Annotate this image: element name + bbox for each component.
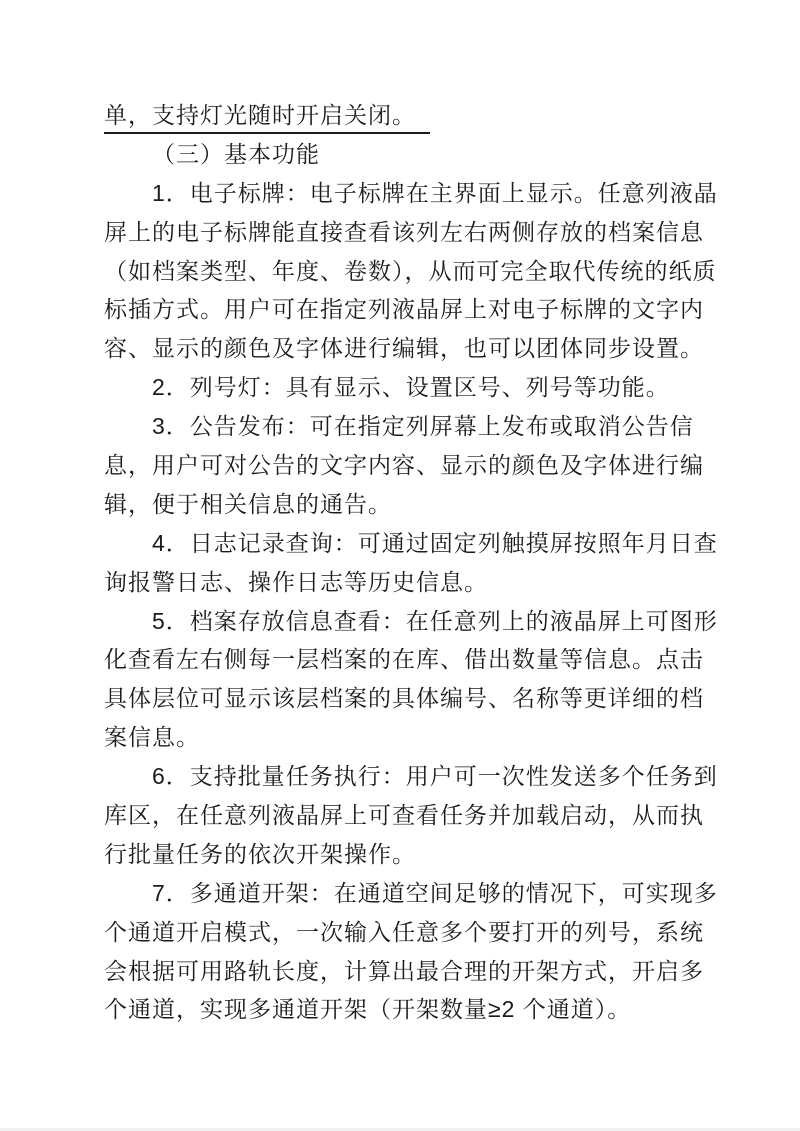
document-page: 单，支持灯光随时开启关闭。 （三）基本功能 1．电子标牌：电子标牌在主界面上显示… xyxy=(0,0,800,1131)
text-line-content: 屏上的电子标牌能直接查看该列左右两侧存放的档案信息 xyxy=(104,219,704,245)
text-line-content: 具体层位可显示该层档案的具体编号、名称等更详细的档 xyxy=(104,685,704,711)
text-line: 2．列号灯：具有显示、设置区号、列号等功能。 xyxy=(104,368,714,407)
text-line: 化查看左右侧每一层档案的在库、借出数量等信息。点击 xyxy=(104,640,714,679)
text-line: 7．多通道开架：在通道空间足够的情况下，可实现多 xyxy=(104,874,714,913)
text-line: 息，用户可对公告的文字内容、显示的颜色及字体进行编 xyxy=(104,446,714,485)
text-line-content: 标插方式。用户可在指定列液晶屏上对电子标牌的文字内 xyxy=(104,296,704,322)
text-line-content: 5．档案存放信息查看：在任意列上的液晶屏上可图形 xyxy=(152,608,718,634)
text-line-content: 会根据可用路轨长度，计算出最合理的开架方式，开启多 xyxy=(104,958,704,984)
text-line: 辑，便于相关信息的通告。 xyxy=(104,485,714,524)
text-line: 会根据可用路轨长度，计算出最合理的开架方式，开启多 xyxy=(104,952,714,991)
text-line: 4．日志记录查询：可通过固定列触摸屏按照年月日查 xyxy=(104,524,714,563)
text-line-content: 容、显示的颜色及字体进行编辑，也可以团体同步设置。 xyxy=(104,335,704,361)
text-line: 单，支持灯光随时开启关闭。 xyxy=(104,96,714,135)
text-line: 容、显示的颜色及字体进行编辑，也可以团体同步设置。 xyxy=(104,329,714,368)
text-line: 1．电子标牌：电子标牌在主界面上显示。任意列液晶 xyxy=(104,174,714,213)
text-line: 案信息。 xyxy=(104,718,714,757)
text-line-content: 案信息。 xyxy=(104,724,200,750)
text-line: 3．公告发布：可在指定列屏幕上发布或取消公告信 xyxy=(104,407,714,446)
text-line-content: 单，支持灯光随时开启关闭。 xyxy=(104,96,430,134)
text-line-content: 1．电子标牌：电子标牌在主界面上显示。任意列液晶 xyxy=(152,180,718,206)
text-line-content: 3．公告发布：可在指定列屏幕上发布或取消公告信 xyxy=(152,413,694,439)
text-line-content: 辑，便于相关信息的通告。 xyxy=(104,491,392,517)
text-line: 询报警日志、操作日志等历史信息。 xyxy=(104,563,714,602)
text-line: （三）基本功能 xyxy=(104,135,714,174)
text-line: 具体层位可显示该层档案的具体编号、名称等更详细的档 xyxy=(104,679,714,718)
text-line: 屏上的电子标牌能直接查看该列左右两侧存放的档案信息 xyxy=(104,213,714,252)
text-line: 库区，在任意列液晶屏上可查看任务并加载启动，从而执 xyxy=(104,796,714,835)
text-line-content: 4．日志记录查询：可通过固定列触摸屏按照年月日查 xyxy=(152,530,718,556)
text-line: 行批量任务的依次开架操作。 xyxy=(104,835,714,874)
text-line-content: 库区，在任意列液晶屏上可查看任务并加载启动，从而执 xyxy=(104,802,704,828)
text-line-content: 化查看左右侧每一层档案的在库、借出数量等信息。点击 xyxy=(104,646,704,672)
text-line-content: 息，用户可对公告的文字内容、显示的颜色及字体进行编 xyxy=(104,452,704,478)
text-line: 标插方式。用户可在指定列液晶屏上对电子标牌的文字内 xyxy=(104,290,714,329)
text-line-content: 询报警日志、操作日志等历史信息。 xyxy=(104,569,488,595)
text-line-content: 2．列号灯：具有显示、设置区号、列号等功能。 xyxy=(152,374,670,400)
text-line: 6．支持批量任务执行：用户可一次性发送多个任务到 xyxy=(104,757,714,796)
text-line-content: 个通道，实现多通道开架（开架数量≥2 个通道）。 xyxy=(104,996,631,1022)
text-line-content: 个通道开启模式，一次输入任意多个要打开的列号，系统 xyxy=(104,919,704,945)
text-line: 5．档案存放信息查看：在任意列上的液晶屏上可图形 xyxy=(104,602,714,641)
document-text-block: 单，支持灯光随时开启关闭。 （三）基本功能 1．电子标牌：电子标牌在主界面上显示… xyxy=(104,96,714,1029)
text-line-content: 行批量任务的依次开架操作。 xyxy=(104,841,416,867)
text-line-content: （如档案类型、年度、卷数），从而可完全取代传统的纸质 xyxy=(104,258,717,284)
text-line: （如档案类型、年度、卷数），从而可完全取代传统的纸质 xyxy=(104,252,714,291)
text-line-content: 6．支持批量任务执行：用户可一次性发送多个任务到 xyxy=(152,763,718,789)
text-line: 个通道，实现多通道开架（开架数量≥2 个通道）。 xyxy=(104,990,714,1029)
text-line: 个通道开启模式，一次输入任意多个要打开的列号，系统 xyxy=(104,913,714,952)
text-line-content: 7．多通道开架：在通道空间足够的情况下，可实现多 xyxy=(152,880,718,906)
text-line-content: （三）基本功能 xyxy=(152,141,320,167)
